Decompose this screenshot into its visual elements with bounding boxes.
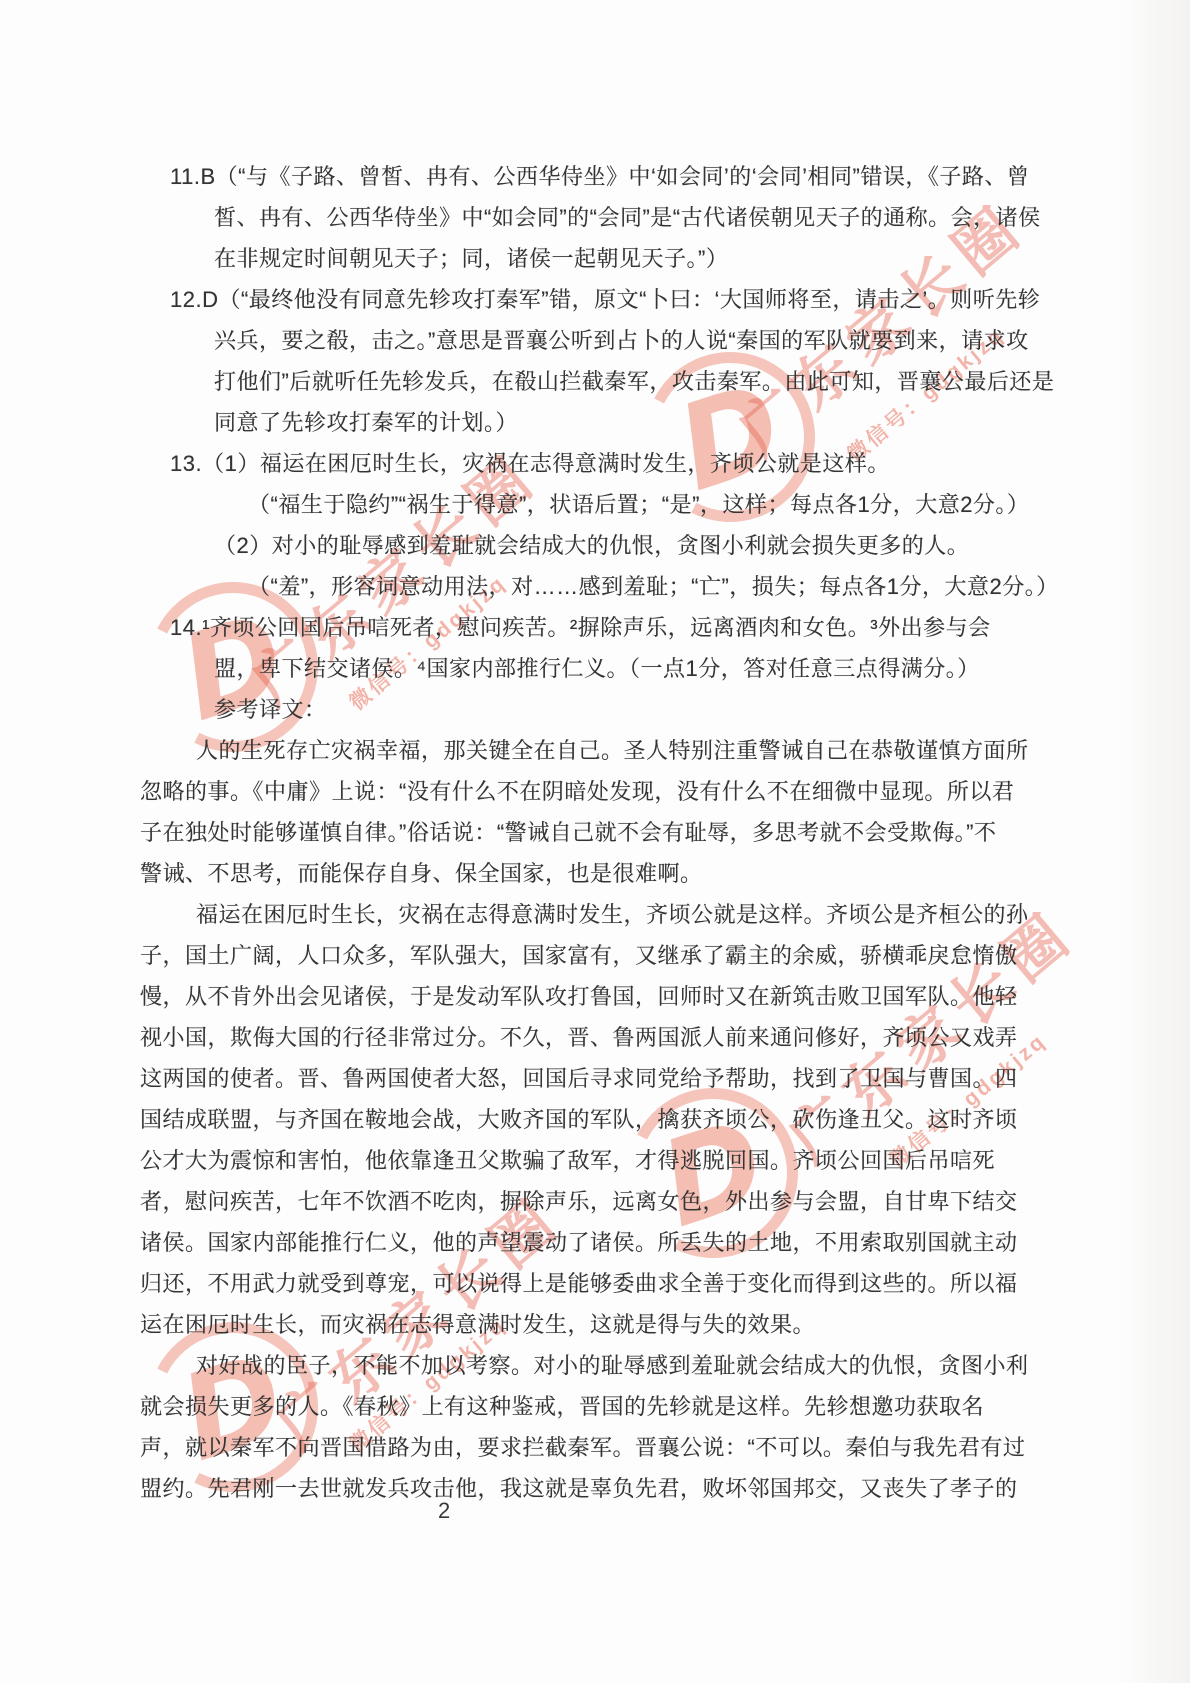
answer-text-block: 11.B（“与《子路、曾皙、冉有、公西华侍坐》中‘如会同’的‘会同’相同”错误，… xyxy=(140,156,1055,1509)
text-line: 皙、冉有、公西华侍坐》中“如会同”的“会同”是“古代诸侯朝见天子的通称。会，诸侯 xyxy=(140,197,1055,238)
text-line: 子在独处时能够谨慎自律。”俗话说：“警诫自己就不会有耻辱，多思考就不会受欺侮。”… xyxy=(140,812,1055,853)
text-line: 忽略的事。《中庸》上说：“没有什么不在阴暗处发现，没有什么不在细微中显现。所以君 xyxy=(140,771,1055,812)
text-line: 同意了先轸攻打秦军的计划。） xyxy=(140,402,1055,443)
text-line: 诸侯。国家内部能推行仁义，他的声望震动了诸侯。所丢失的土地，不用索取别国就主动 xyxy=(140,1222,1055,1263)
text-line: 子，国土广阔，人口众多，军队强大，国家富有，又继承了霸主的余威，骄横乖戾怠惰傲 xyxy=(140,935,1055,976)
text-line: 打他们”后就听任先轸发兵，在殽山拦截秦军，攻击秦军。由此可知，晋襄公最后还是 xyxy=(140,361,1055,402)
text-line: 参考译文： xyxy=(140,689,1055,730)
scanned-answer-page: D 广东家长圈 微信号：gdgkjzq D 广东家长圈 微信号：gdgkjzq … xyxy=(0,0,1190,1683)
text-line: 14.¹齐顷公回国后吊唁死者，慰问疾苦。²摒除声乐，远离酒肉和女色。³外出参与会 xyxy=(140,607,1055,648)
text-line: 慢，从不肯外出会见诸侯，于是发动军队攻打鲁国，回师时又在新筑击败卫国军队。他轻 xyxy=(140,976,1055,1017)
text-line: 公才大为震惊和害怕，他依靠逢丑父欺骗了敌军，才得逃脱回国。齐顷公回国后吊唁死 xyxy=(140,1140,1055,1181)
text-line: 11.B（“与《子路、曾皙、冉有、公西华侍坐》中‘如会同’的‘会同’相同”错误，… xyxy=(140,156,1055,197)
text-line: 运在困厄时生长，而灾祸在志得意满时发生，这就是得与失的效果。 xyxy=(140,1304,1055,1345)
page-number: 2 xyxy=(438,1498,450,1524)
text-line: 归还，不用武力就受到尊宠，可以说得上是能够委曲求全善于变化而得到这些的。所以福 xyxy=(140,1263,1055,1304)
text-line: 就会损失更多的人。《春秋》上有这种鉴戒，晋国的先轸就是这样。先轸想邀功获取名 xyxy=(140,1386,1055,1427)
text-line: 在非规定时间朝见天子；同，诸侯一起朝见天子。”） xyxy=(140,238,1055,279)
text-line: 对好战的臣子，不能不加以考察。对小的耻辱感到羞耻就会结成大的仇恨，贪图小利 xyxy=(140,1345,1055,1386)
text-line: （“羞”，形容词意动用法，对……感到羞耻；“亡”，损失；每点各1分，大意2分。） xyxy=(140,566,1055,607)
text-line: 这两国的使者。晋、鲁两国使者大怒，回国后寻求同党给予帮助，找到了卫国与曹国。四 xyxy=(140,1058,1055,1099)
text-line: （2）对小的耻辱感到羞耻就会结成大的仇恨，贪图小利就会损失更多的人。 xyxy=(140,525,1055,566)
text-line: 兴兵，要之殽，击之。”意思是晋襄公听到占卜的人说“秦国的军队就要到来，请求攻 xyxy=(140,320,1055,361)
text-line: 视小国，欺侮大国的行径非常过分。不久，晋、鲁两国派人前来通问修好，齐顷公又戏弄 xyxy=(140,1017,1055,1058)
text-line: 声，就以秦军不向晋国借路为由，要求拦截秦军。晋襄公说：“不可以。秦伯与我先君有过 xyxy=(140,1427,1055,1468)
text-line: 盟约。先君刚一去世就发兵攻击他，我这就是辜负先君，败坏邻国邦交，又丧失了孝子的 xyxy=(140,1468,1055,1509)
text-line: 警诫、不思考，而能保存自身、保全国家，也是很难啊。 xyxy=(140,853,1055,894)
text-line: 者，慰问疾苦，七年不饮酒不吃肉，摒除声乐，远离女色，外出参与会盟，自甘卑下结交 xyxy=(140,1181,1055,1222)
text-line: 人的生死存亡灾祸幸福，那关键全在自己。圣人特别注重警诫自己在恭敬谨慎方面所 xyxy=(140,730,1055,771)
text-line: 12.D（“最终他没有同意先轸攻打秦军”错，原文“卜曰：‘大国师将至，请击之’。… xyxy=(140,279,1055,320)
text-line: 福运在困厄时生长，灾祸在志得意满时发生，齐顷公就是这样。齐顷公是齐桓公的孙 xyxy=(140,894,1055,935)
text-line: 国结成联盟，与齐国在鞍地会战，大败齐国的军队，擒获齐顷公，砍伤逢丑父。这时齐顷 xyxy=(140,1099,1055,1140)
text-line: 13.（1）福运在困厄时生长，灾祸在志得意满时发生，齐顷公就是这样。 xyxy=(140,443,1055,484)
text-line: （“福生于隐约”“祸生于得意”，状语后置；“是”，这样；每点各1分，大意2分。） xyxy=(140,484,1055,525)
text-line: 盟，卑下结交诸侯。⁴国家内部推行仁义。（一点1分，答对任意三点得满分。） xyxy=(140,648,1055,689)
